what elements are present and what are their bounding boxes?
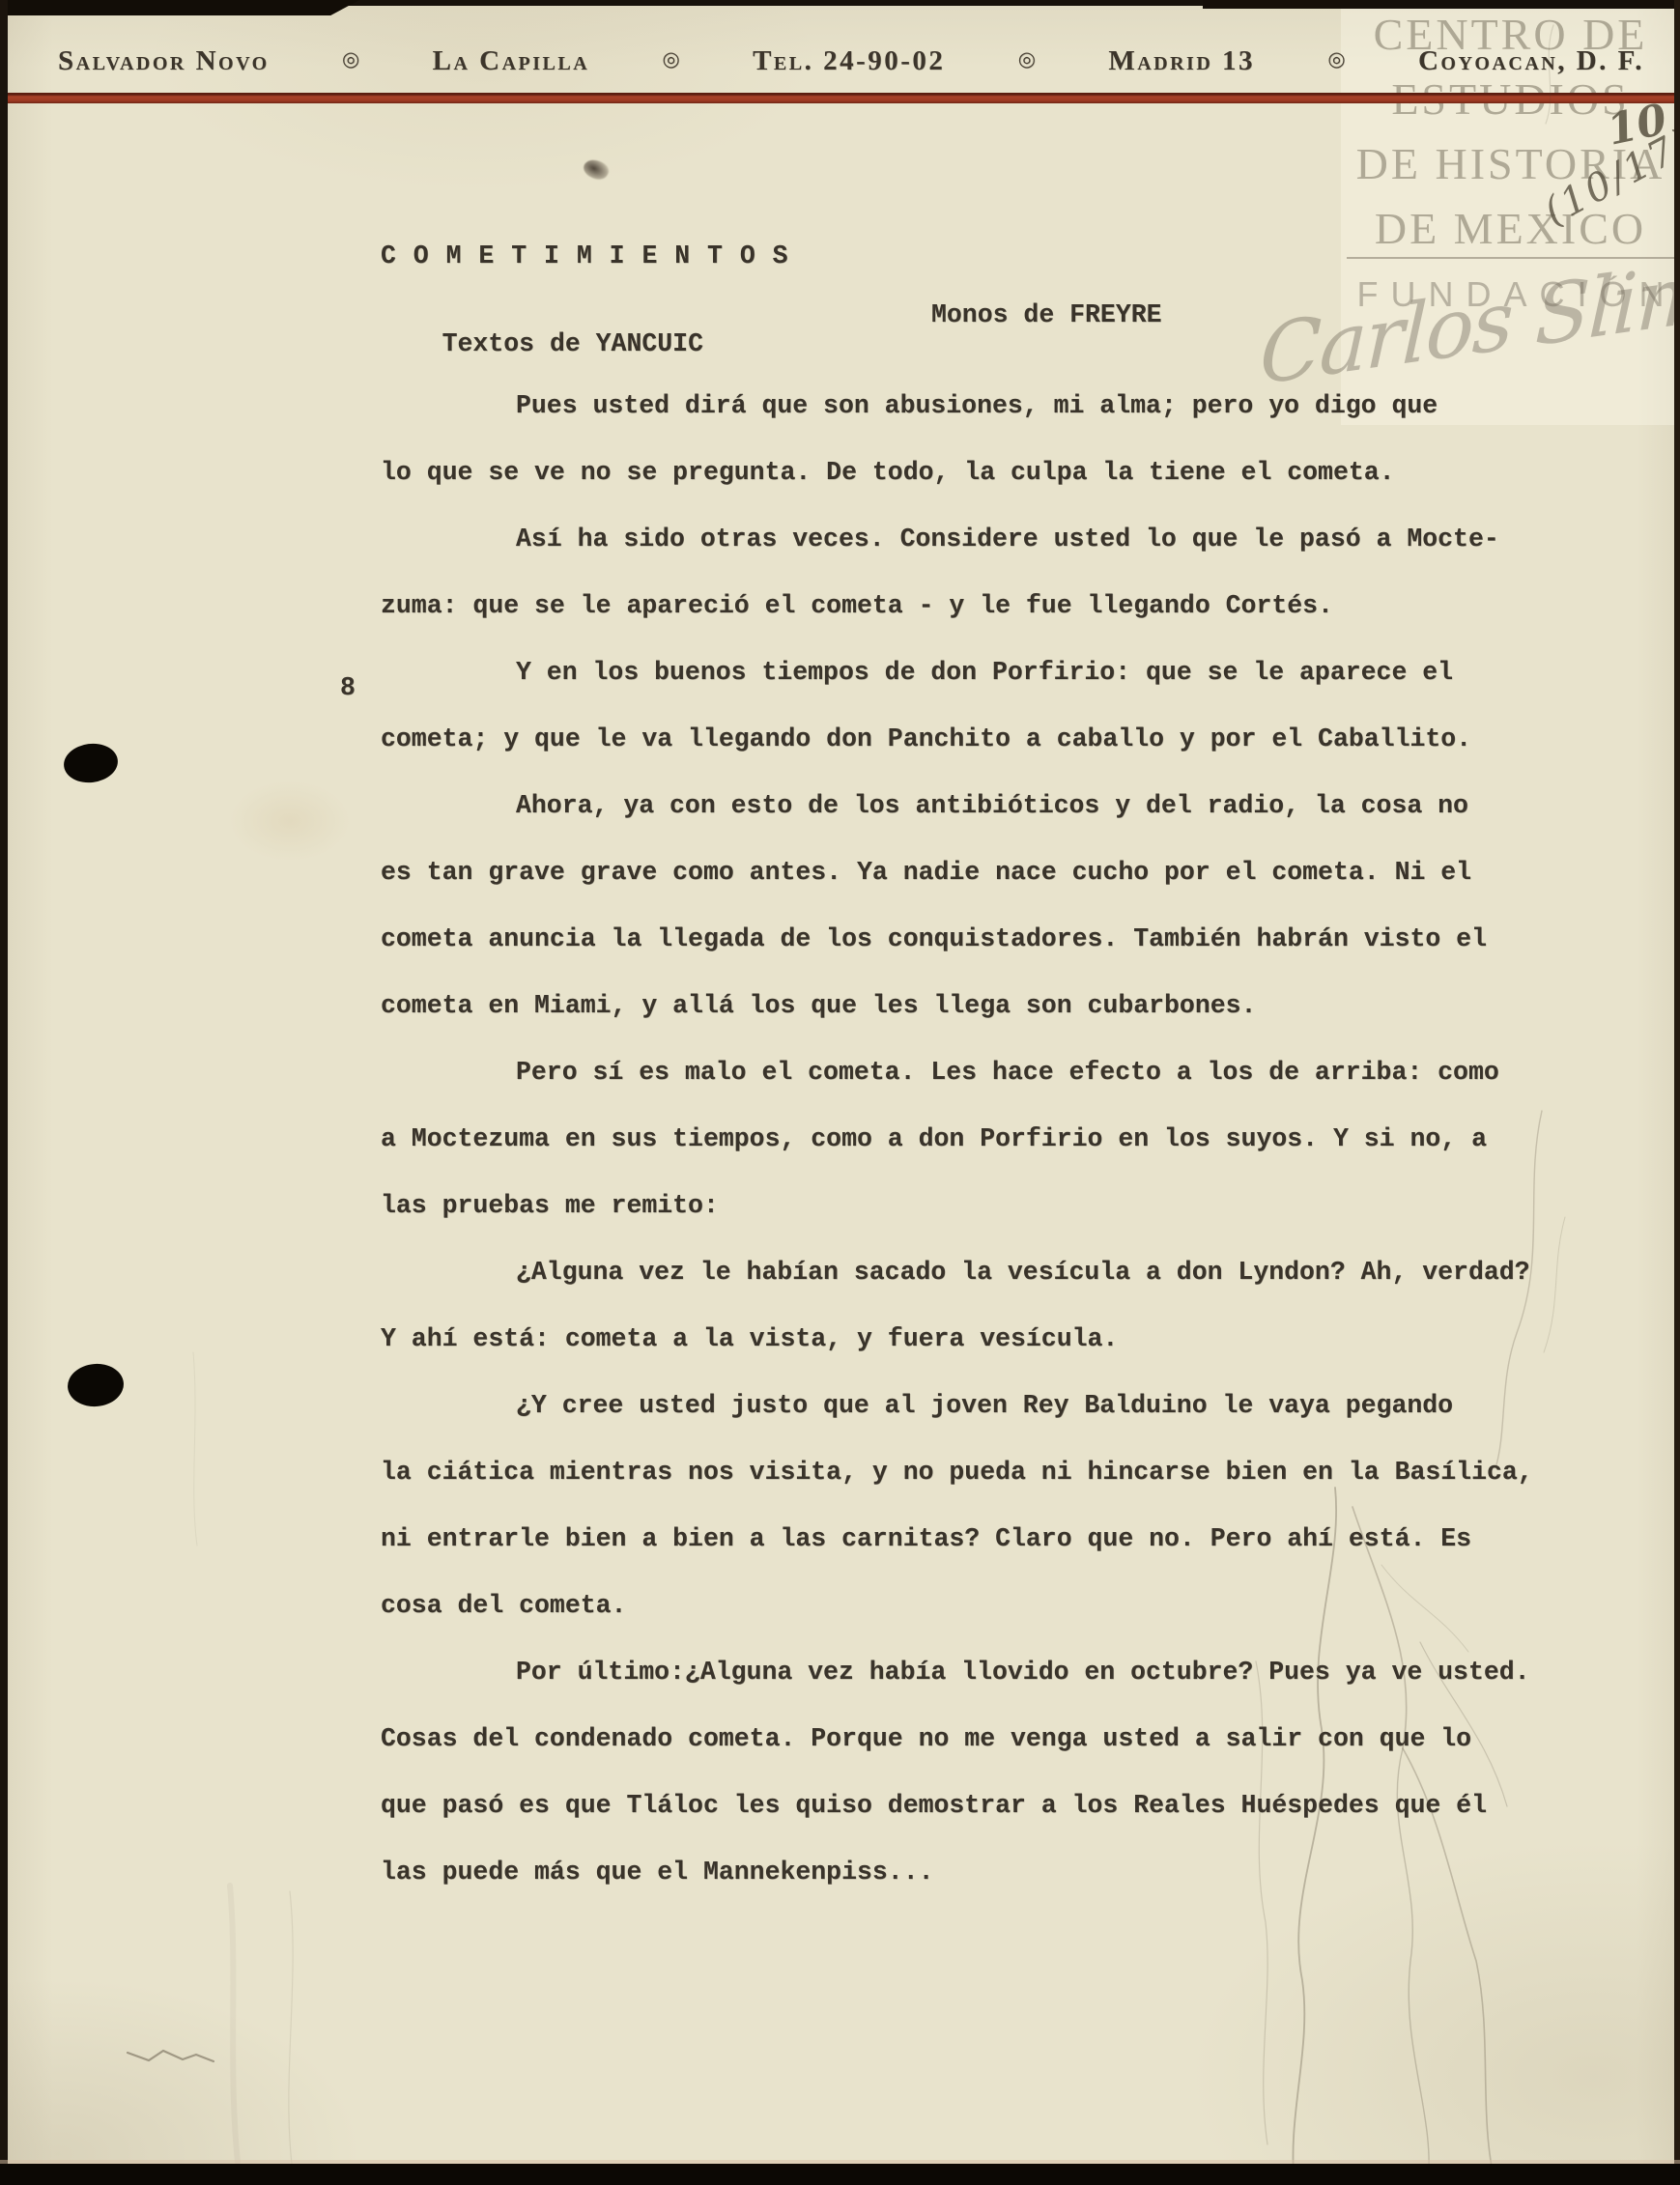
stray-margin-mark: 8 xyxy=(340,655,356,722)
text-line: cosa del cometa. xyxy=(381,1573,1525,1639)
punch-hole xyxy=(62,741,120,786)
letterhead: Salvador Novo◎La Capilla◎Tel. 24-90-02◎M… xyxy=(58,41,1644,81)
scan-edge-top-right xyxy=(1203,0,1680,9)
text-line: la ciática mientras nos visita, y no pue… xyxy=(381,1439,1525,1506)
text-line: Y en los buenos tiempos de don Porfirio:… xyxy=(381,639,1525,706)
watermark-line: DE MEXICO xyxy=(1341,196,1680,261)
text-line: cometa en Miami, y allá los que les lleg… xyxy=(381,973,1525,1039)
ornament-separator-icon: ◎ xyxy=(1018,46,1036,71)
text-line: ¿Y cree usted justo que al joven Rey Bal… xyxy=(381,1373,1525,1439)
text-line: Por último:¿Alguna vez había llovido en … xyxy=(381,1639,1525,1706)
ornament-separator-icon: ◎ xyxy=(342,46,359,71)
ornament-separator-icon: ◎ xyxy=(662,46,679,71)
text-line: Cosas del condenado cometa. Porque no me… xyxy=(381,1706,1525,1773)
scan-edge-top-left xyxy=(0,0,359,15)
scan-edge-bottom xyxy=(0,2164,1680,2185)
text-line: es tan grave grave como antes. Ya nadie … xyxy=(381,839,1525,906)
text-line: las pruebas me remito: xyxy=(381,1173,1525,1239)
letterhead-item: Salvador Novo xyxy=(58,45,270,77)
credit-left: Textos de YANCUIC xyxy=(442,329,703,358)
text-line: cometa anuncia la llegada de los conquis… xyxy=(381,906,1525,973)
text-line: Pues usted dirá que son abusiones, mi al… xyxy=(381,373,1525,440)
credit-right: Monos de FREYRE xyxy=(931,300,1162,329)
document-title: C O M E T I M I E N T O S xyxy=(381,241,789,270)
punch-hole xyxy=(66,1362,126,1409)
text-line: ¿Alguna vez le habían sacado la vesícula… xyxy=(381,1239,1525,1306)
scanned-letter-page: CENTRO DEESTUDIOSDE HISTORIADE MEXICO FU… xyxy=(0,0,1680,2185)
letterhead-item: Madrid 13 xyxy=(1108,45,1255,77)
credits-row: Textos de YANCUIC Monos de FREYRE xyxy=(381,300,1521,333)
text-line: lo que se ve no se pregunta. De todo, la… xyxy=(381,440,1525,506)
text-line: que pasó es que Tláloc les quiso demostr… xyxy=(381,1773,1525,1839)
letterhead-rule xyxy=(0,93,1680,103)
letterhead-item: Tel. 24-90-02 xyxy=(753,45,945,77)
letterhead-item: La Capilla xyxy=(433,45,590,77)
text-line: Así ha sido otras veces. Considere usted… xyxy=(381,506,1525,573)
text-line: ni entrarle bien a bien a las carnitas? … xyxy=(381,1506,1525,1573)
text-line: a Moctezuma en sus tiempos, como a don P… xyxy=(381,1106,1525,1173)
ornament-separator-icon: ◎ xyxy=(1327,46,1345,71)
scan-edge-left xyxy=(0,0,8,2185)
text-line: cometa; y que le va llegando don Panchit… xyxy=(381,706,1525,773)
text-line: Ahora, ya con esto de los antibióticos y… xyxy=(381,773,1525,839)
letterhead-item: Coyoacan, D. F. xyxy=(1418,45,1644,77)
text-line: Pero sí es malo el cometa. Les hace efec… xyxy=(381,1039,1525,1106)
scan-edge-right xyxy=(1674,0,1680,2185)
text-line: Y ahí está: cometa a la vista, y fuera v… xyxy=(381,1306,1525,1373)
text-line: las puede más que el Mannekenpiss... xyxy=(381,1839,1525,1906)
ink-smudge xyxy=(581,156,612,184)
text-line: zuma: que se le apareció el cometa - y l… xyxy=(381,573,1525,639)
typewritten-body: Pues usted dirá que son abusiones, mi al… xyxy=(381,373,1525,1906)
